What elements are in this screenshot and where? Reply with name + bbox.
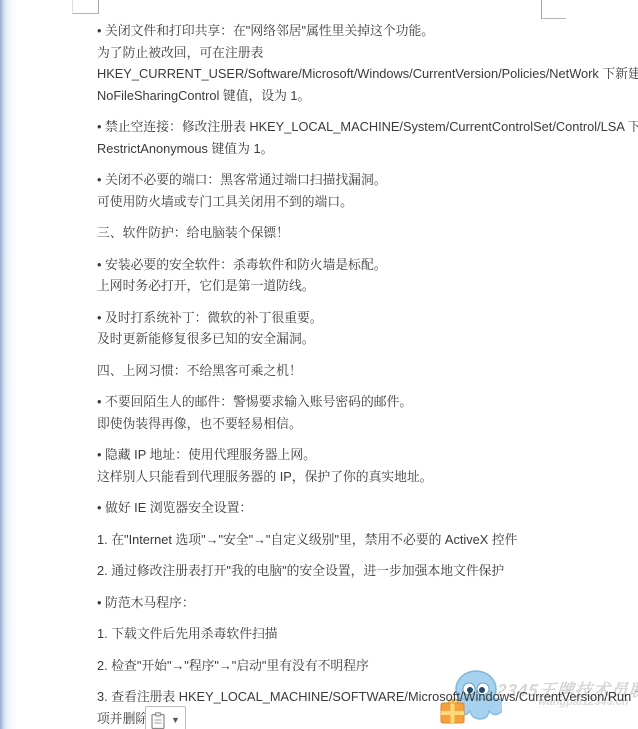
paragraph-heading: 四、上网习惯：不给黑客可乘之机！ xyxy=(97,360,587,382)
document-line: 即使伪装得再像，也不要轻易相信。 xyxy=(97,413,587,435)
document-line: 3. 查看注册表 HKEY_LOCAL_MACHINE/SOFTWARE/Mic… xyxy=(97,686,587,708)
paragraph-numbered: 1. 在"Internet 选项"→"安全"→"自定义级别"里，禁用不必要的 A… xyxy=(97,529,587,551)
paragraph-bullet: • 及时打系统补丁：微软的补丁很重要。及时更新能修复很多已知的安全漏洞。 xyxy=(97,307,587,350)
document-line: • 不要回陌生人的邮件：警惕要求输入账号密码的邮件。 xyxy=(97,391,587,413)
document-line: 可使用防火墙或专门工具关闭用不到的端口。 xyxy=(97,191,587,213)
document-line: 为了防止被改回，可在注册表 xyxy=(97,42,587,64)
document-line: • 及时打系统补丁：微软的补丁很重要。 xyxy=(97,307,587,329)
paragraph-bullet: • 做好 IE 浏览器安全设置： xyxy=(97,497,587,519)
clipboard-icon xyxy=(148,710,168,729)
paragraph-bullet: • 禁止空连接：修改注册表 HKEY_LOCAL_MACHINE/System/… xyxy=(97,116,587,159)
document-line: RestrictAnonymous 键值为 1。 xyxy=(97,138,587,160)
document-line: 这样别人只能看到代理服务器的 IP，保护了你的真实地址。 xyxy=(97,466,587,488)
document-line: 上网时务必打开，它们是第一道防线。 xyxy=(97,275,587,297)
document-body: • 关闭文件和打印共享：在"网络邻居"属性里关掉这个功能。为了防止被改回，可在注… xyxy=(97,20,587,729)
document-line: 四、上网习惯：不给黑客可乘之机！ xyxy=(97,360,587,382)
paragraph-bullet: • 防范木马程序： xyxy=(97,592,587,614)
document-line: 2. 检查"开始"→"程序"→"启动"里有没有不明程序 xyxy=(97,655,587,677)
document-line: HKEY_CURRENT_USER/Software/Microsoft/Win… xyxy=(97,63,587,85)
paste-options-button[interactable]: ▼ xyxy=(145,706,186,729)
document-line: • 隐藏 IP 地址：使用代理服务器上网。 xyxy=(97,444,587,466)
paragraph-heading: 三、软件防护：给电脑装个保镖！ xyxy=(97,222,587,244)
document-line: • 做好 IE 浏览器安全设置： xyxy=(97,497,587,519)
margin-crop-mark-left xyxy=(72,0,99,14)
paragraph-bullet: • 隐藏 IP 地址：使用代理服务器上网。这样别人只能看到代理服务器的 IP，保… xyxy=(97,444,587,487)
document-line: • 关闭文件和打印共享：在"网络邻居"属性里关掉这个功能。 xyxy=(97,20,587,42)
document-line: NoFileSharingControl 键值，设为 1。 xyxy=(97,85,587,107)
paragraph-bullet: • 关闭文件和打印共享：在"网络邻居"属性里关掉这个功能。为了防止被改回，可在注… xyxy=(97,20,587,106)
window-left-edge xyxy=(0,0,16,729)
document-line: 1. 在"Internet 选项"→"安全"→"自定义级别"里，禁用不必要的 A… xyxy=(97,529,587,551)
paragraph-bullet: • 关闭不必要的端口：黑客常通过端口扫描找漏洞。可使用防火墙或专门工具关闭用不到… xyxy=(97,169,587,212)
document-line: • 防范木马程序： xyxy=(97,592,587,614)
paragraph-numbered: 2. 通过修改注册表打开"我的电脑"的安全设置，进一步加强本地文件保护 xyxy=(97,560,587,582)
margin-crop-mark-right xyxy=(541,0,566,19)
document-line: • 禁止空连接：修改注册表 HKEY_LOCAL_MACHINE/System/… xyxy=(97,116,587,138)
paragraph-bullet: • 安装必要的安全软件：杀毒软件和防火墙是标配。上网时务必打开，它们是第一道防线… xyxy=(97,254,587,297)
paragraph-numbered: 2. 检查"开始"→"程序"→"启动"里有没有不明程序 xyxy=(97,655,587,677)
document-line: 2. 通过修改注册表打开"我的电脑"的安全设置，进一步加强本地文件保护 xyxy=(97,560,587,582)
chevron-down-icon[interactable]: ▼ xyxy=(168,710,183,729)
document-line: 三、软件防护：给电脑装个保镖！ xyxy=(97,222,587,244)
document-line: • 安装必要的安全软件：杀毒软件和防火墙是标配。 xyxy=(97,254,587,276)
document-line: 1. 下载文件后先用杀毒软件扫描 xyxy=(97,623,587,645)
paragraph-numbered: 1. 下载文件后先用杀毒软件扫描 xyxy=(97,623,587,645)
paragraph-bullet: • 不要回陌生人的邮件：警惕要求输入账号密码的邮件。即使伪装得再像，也不要轻易相… xyxy=(97,391,587,434)
document-line: 及时更新能修复很多已知的安全漏洞。 xyxy=(97,328,587,350)
document-line: • 关闭不必要的端口：黑客常通过端口扫描找漏洞。 xyxy=(97,169,587,191)
